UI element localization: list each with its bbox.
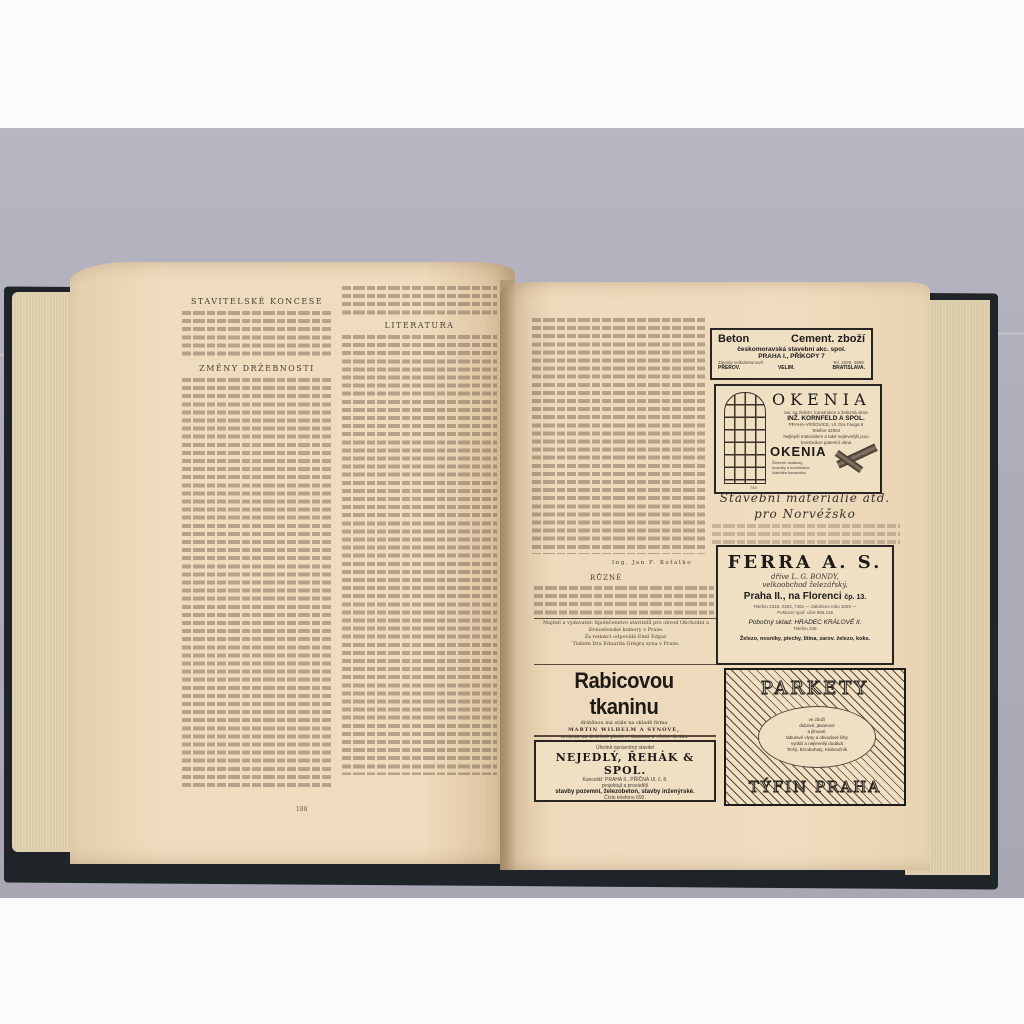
- notice-body: [712, 524, 900, 546]
- heading-ruzne: RŮZNÉ: [590, 574, 622, 582]
- notice-stavebni-materialie: Stavební materiálie atd. pro Norvéžsko: [710, 490, 900, 522]
- page-number: 188: [296, 806, 307, 813]
- body-text: [342, 286, 497, 316]
- credit-line: Tiskem Dra Eduarda Grégra syna v Praze.: [534, 641, 718, 648]
- heading-stavitelske-koncese: STAVITELSKÉ KONCESE: [182, 298, 332, 306]
- body-text: [534, 586, 714, 618]
- body-text: [342, 335, 497, 775]
- divider: [534, 618, 716, 619]
- ruzne-notice: [534, 586, 714, 618]
- credit-line: Majitel a vydavatel: Společenstvo stavit…: [534, 620, 718, 634]
- book-gutter: [500, 280, 516, 870]
- ad-text: Železné dodávky, nosníky a konstrukce: [772, 460, 817, 470]
- ad-nejedly-rehak: Úředně oprávněný stavitel NEJEDLÝ, ŘEHÁK…: [534, 740, 716, 802]
- ad-title-left: Beton: [718, 333, 749, 345]
- divider: [534, 664, 716, 665]
- ad-beton-cement: Beton Cement. zboží českomoravská staveb…: [710, 328, 873, 380]
- ad-address-number: čp. 13.: [844, 594, 866, 601]
- ad-text: drátěnou má stále na skladě firma: [530, 720, 718, 727]
- ad-okenia: OKENIA tov. na železn. konstrukce a žele…: [714, 384, 882, 494]
- left-column-2: LITERATURA: [342, 286, 497, 796]
- heading-literatura: LITERATURA: [342, 322, 497, 330]
- ad-ferra: FERRA A. S. dříve L. G. BONDY, velkoobch…: [716, 545, 894, 665]
- ad-oval-text: ve zboží dubové, jasanové a jilmové, tab…: [758, 706, 876, 768]
- ad-body: tov. na železn. konstrukce a železná okn…: [772, 410, 880, 446]
- body-text: [712, 524, 900, 546]
- ad-subtitle: OKENIA: [770, 444, 827, 459]
- ad-phone: Číslo telefonu 692.: [539, 795, 711, 801]
- ad-phone: Telefon 245: [724, 626, 886, 632]
- ad-branch: PŘEROV.: [718, 365, 740, 371]
- ad-text: Nabídka konstrukcí: [772, 470, 817, 475]
- article-signature: Ing. Jan F. Koťátko: [612, 560, 692, 566]
- ad-title: OKENIA: [772, 390, 871, 409]
- body-text: [182, 311, 332, 359]
- ad-parkety: PARKETY ve zboží dubové, jasanové a jilm…: [724, 668, 906, 806]
- ad-text: Poštovní spoř. účet 868.119: [724, 610, 886, 616]
- ad-company: českomoravská stavební akc. spol.: [718, 346, 865, 353]
- ad-footer: TÝFIN PRAHA: [726, 778, 904, 796]
- ad-company: INŽ. KORNFELD A SPOL.: [787, 415, 865, 422]
- left-column-1: STAVITELSKÉ KONCESE ZMĚNY DRŽEBNOSTI: [182, 292, 332, 792]
- body-text: [182, 378, 332, 788]
- divider: [534, 735, 716, 737]
- ad-title: Rabicovou tkaninu: [538, 668, 711, 720]
- ad-branch: VELIM.: [778, 365, 795, 371]
- ad-title: NEJEDLÝ, ŘEHÁK & SPOL.: [539, 751, 711, 777]
- ad-title-right: Cement. zboží: [791, 333, 865, 345]
- ad-branch: BRATISLAVA.: [833, 365, 866, 371]
- credit-line: Za redakci odpovídá Emil Edgar.: [534, 634, 718, 641]
- body-text: [532, 318, 706, 554]
- ad-title: PARKETY: [726, 678, 904, 699]
- ad-text: velkoobchod železářský,: [724, 581, 886, 589]
- right-text-column: [532, 318, 706, 554]
- ad-title: FERRA A. S.: [724, 552, 886, 573]
- ad-address: Praha II., na Florenci: [744, 591, 842, 602]
- ad-text: Tichý, Brzobohatý, Kloboučník: [759, 747, 875, 753]
- ad-company: MARTIN WILHELM A SYNOVÉ,: [568, 727, 680, 733]
- heading-zmeny-drzebnosti: ZMĚNY DRŽEBNOSTI: [182, 365, 332, 373]
- ad-small-text: Železné dodávky, nosníky a konstrukce Na…: [772, 460, 817, 475]
- ad-goods: Železo, nosníky, plechy, litina, zarov. …: [724, 636, 886, 642]
- ad-text: dříve L. G. BONDY,: [724, 573, 886, 581]
- publisher-credits: Majitel a vydavatel: Společenstvo stavit…: [534, 620, 718, 648]
- ad-branch: Pobočný sklad: HRADEC KRÁLOVÉ II.: [724, 619, 886, 626]
- window-illustration: [724, 392, 766, 484]
- ad-address: PRAHA I., PŘÍKOPY 7: [718, 353, 865, 360]
